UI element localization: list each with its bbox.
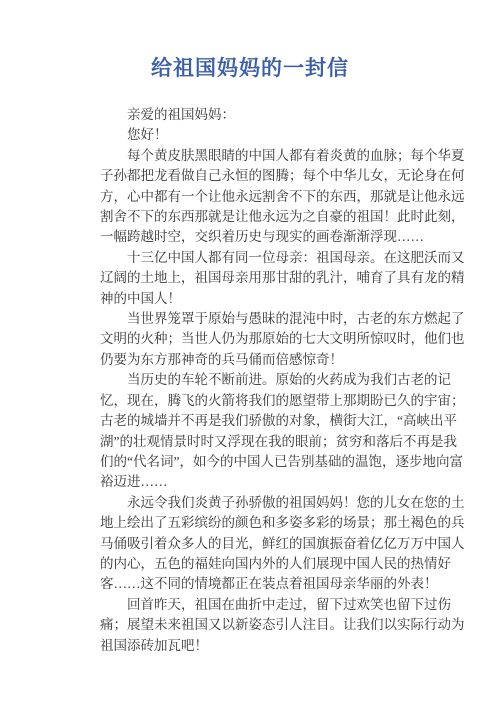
page-title: 给祖国妈妈的一封信	[0, 0, 500, 81]
letter-paragraph: 永远令我们炎黄子孙骄傲的祖国妈妈！您的儿女在您的土地上绘出了五彩缤纷的颜色和多姿…	[100, 493, 468, 595]
letter-paragraph: 每个黄皮肤黑眼睛的中国人都有着炎黄的血脉；每个华夏子孙都把龙看做自己永恒的图腾；…	[100, 146, 468, 248]
letter-greeting: 您好！	[100, 125, 468, 145]
letter-salutation: 亲爱的祖国妈妈：	[100, 105, 468, 125]
document-page: 给祖国妈妈的一封信 亲爱的祖国妈妈： 您好！ 每个黄皮肤黑眼睛的中国人都有着炎黄…	[0, 0, 500, 707]
letter-paragraph: 回首昨天，祖国在曲折中走过，留下过欢笑也留下过伤痛；展望未来祖国又以新姿态引人注…	[100, 595, 468, 656]
letter-paragraph: 当历史的车轮不断前进。原始的火药成为我们古老的记忆，现在，腾飞的火箭将我们的愿望…	[100, 370, 468, 492]
letter-paragraph: 当世界笼罩于原始与愚昧的混沌中时，古老的东方燃起了文明的火种；当世人仍为那原始的…	[100, 309, 468, 370]
letter-body: 亲爱的祖国妈妈： 您好！ 每个黄皮肤黑眼睛的中国人都有着炎黄的血脉；每个华夏子孙…	[100, 105, 468, 656]
letter-paragraph: 十三亿中国人都有同一位母亲：祖国母亲。在这肥沃而又辽阔的土地上，祖国母亲用那甘甜…	[100, 248, 468, 309]
